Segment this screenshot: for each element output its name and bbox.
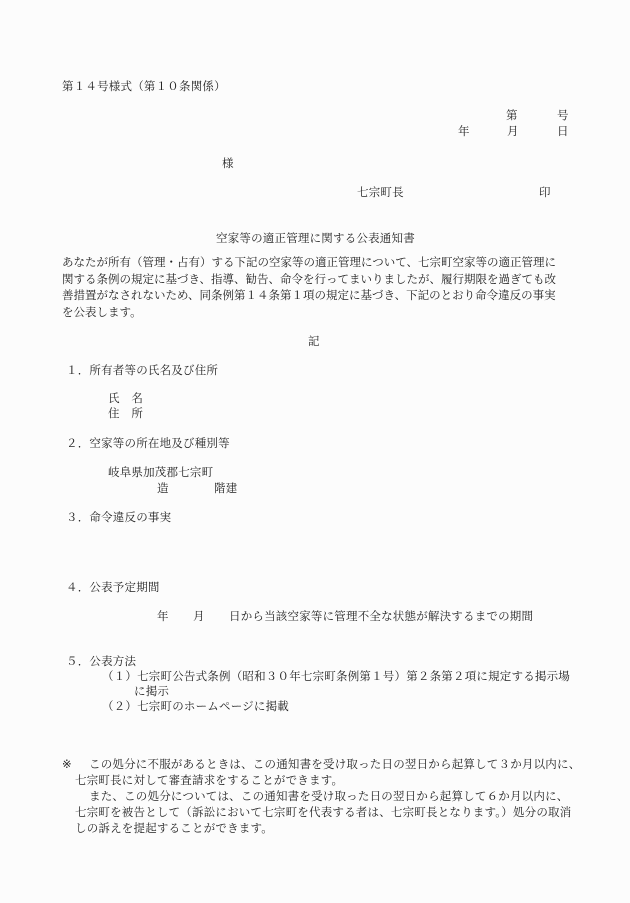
section-4-heading: ４．公表予定期間: [66, 580, 160, 594]
owner-address-label: 住 所: [108, 406, 143, 420]
section-5-heading: ５．公表方法: [66, 654, 136, 668]
intro-line: 関する条例の規定に基づき、指導、勧告、命令を行ってまいりましたが、履行期限を過ぎ…: [62, 271, 572, 288]
intro-line: を公表します。: [62, 304, 572, 321]
owner-name-label: 氏 名: [108, 391, 143, 405]
note-line: 七宗町を被告として（訴訟において七宗町を代表する者は、七宗町長となります。）処分…: [75, 805, 571, 819]
section-3-heading: ３．命令違反の事実: [66, 510, 171, 524]
note-mark: ※: [62, 757, 72, 771]
period-month: 月: [193, 609, 205, 623]
period-year: 年: [157, 609, 169, 623]
seal-mark: 印: [539, 185, 551, 199]
note-line: しの訴えを提起することができます。: [75, 821, 273, 835]
intro-line: 善措置がなされないため、同条例第１４条第１項の規定に基づき、下記のとおり命令違反…: [62, 287, 572, 304]
intro-line: あなたが所有（管理・占有）する下記の空家等の適正管理について、七宗町空家等の適正…: [62, 254, 572, 271]
period-text: 日から当該空家等に管理不全な状態が解決するまでの期間: [229, 609, 533, 623]
section-1-heading: １．所有者等の氏名及び住所: [66, 363, 218, 377]
section-2-heading: ２．空家等の所在地及び種別等: [66, 436, 230, 450]
intro-paragraph: あなたが所有（管理・占有）する下記の空家等の適正管理について、七宗町空家等の適正…: [62, 254, 572, 320]
ki-marker: 記: [308, 334, 320, 348]
document-title: 空家等の適正管理に関する公表通知書: [216, 231, 415, 245]
note-line: 七宗町長に対して審査請求をすることができます。: [75, 773, 343, 787]
form-label: 第１４号様式（第１０条関係）: [62, 79, 226, 93]
note-line: この処分に不服があるときは、この通知書を受け取った日の翌日から起算して３か月以内…: [89, 757, 580, 771]
addressee-suffix: 様: [222, 156, 234, 170]
note-line: また、この処分については、この通知書を受け取った日の翌日から起算して６か月以内に…: [89, 789, 568, 803]
floors-label: 階建: [214, 481, 237, 495]
doc-number-prefix: 第: [506, 108, 518, 122]
issuer-name: 七宗町長: [357, 185, 404, 199]
property-location: 岐阜県加茂郡七宗町: [108, 465, 213, 479]
doc-number-suffix: 号: [557, 108, 569, 122]
method-item-1: （１）七宗町公告式条例（昭和３０年七宗町条例第１号）第２条第２項に規定する掲示場: [102, 669, 570, 683]
date-year: 年: [458, 124, 470, 138]
date-month: 月: [507, 124, 519, 138]
method-item-1-cont: に掲示: [134, 684, 169, 698]
date-day: 日: [557, 124, 569, 138]
structure-label: 造: [157, 481, 169, 495]
method-item-2: （２）七宗町のホームページに掲載: [102, 699, 289, 713]
